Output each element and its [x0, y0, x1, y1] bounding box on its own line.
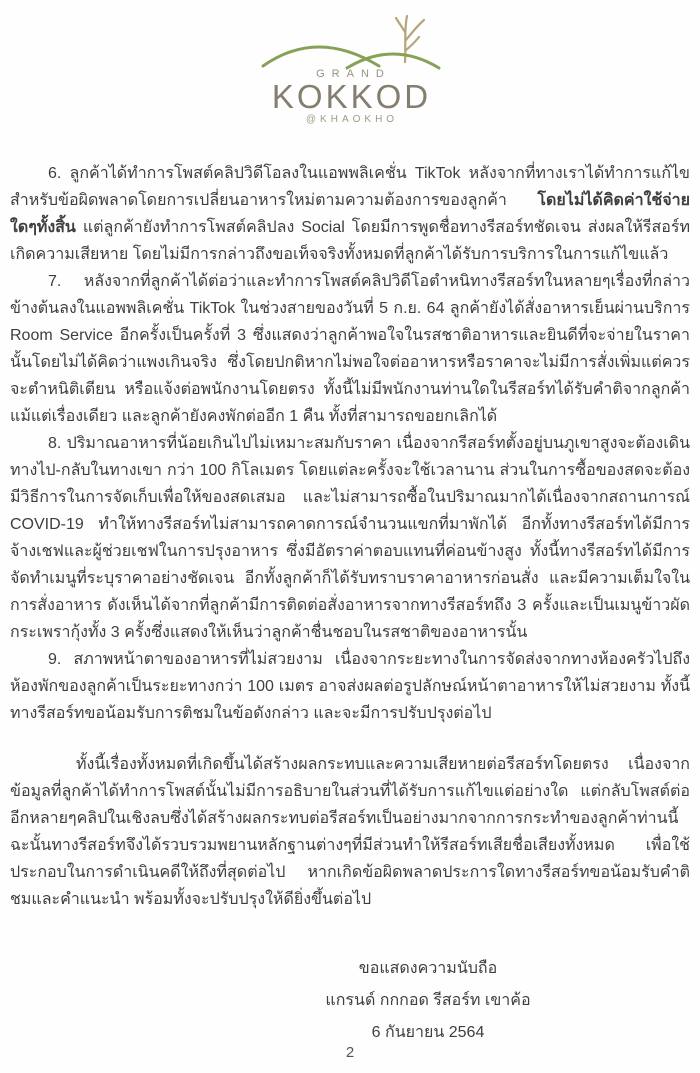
resort-logo: GRAND KOKKOD @KHAOKHO — [0, 0, 700, 135]
logo-location-text: @KHAOKHO — [0, 114, 700, 125]
signature-salutation: ขอแสดงความนับถือ — [282, 953, 574, 985]
logo-hills-icon — [263, 47, 439, 68]
signature-resort-name: แกรนด์ กกกอด รีสอร์ท เขาค้อ — [282, 985, 574, 1017]
paragraph-6: 6. ลูกค้าได้ทำการโพสต์คลิปวิดีโอลงในแอพพ… — [10, 160, 690, 268]
letter-body: 6. ลูกค้าได้ทำการโพสต์คลิปวิดีโอลงในแอพพ… — [0, 135, 700, 913]
signature-block: ขอแสดงความนับถือ แกรนด์ กกกอด รีสอร์ท เข… — [282, 953, 574, 1049]
logo-name-text: KOKKOD — [0, 80, 700, 114]
paragraph-8: 8. ปริมาณอาหารที่น้อยเกินไปไม่เหมาะสมกับ… — [10, 430, 690, 646]
paragraph-6-text-after: แต่ลูกค้ายังทำการโพสต์คลิปลง Social โดยม… — [10, 219, 690, 263]
page-number: 2 — [0, 1044, 700, 1061]
paragraph-9: 9. สภาพหน้าตาของอาหารที่ไม่สวยงาม เนื่อง… — [10, 646, 690, 727]
document-page: GRAND KOKKOD @KHAOKHO 6. ลูกค้าได้ทำการโ… — [0, 0, 700, 1073]
closing-paragraph: ทั้งนี้เรื่องทั้งหมดที่เกิดขึ้นได้สร้างผ… — [10, 751, 690, 913]
paragraph-7: 7. หลังจากที่ลูกค้าได้ต่อว่าและทำการโพสต… — [10, 268, 690, 430]
logo-hills-branch-icon — [255, 10, 445, 72]
